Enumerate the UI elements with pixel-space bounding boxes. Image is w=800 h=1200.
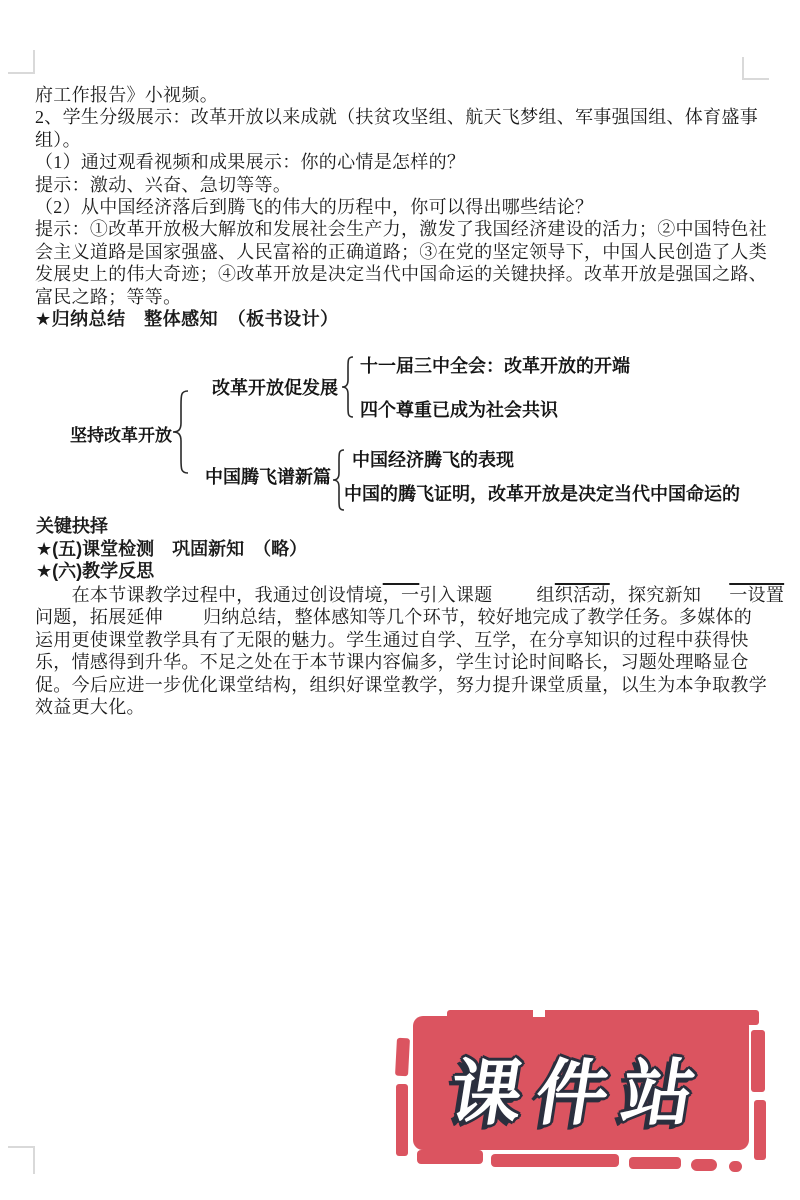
text-line: ★归纳总结 整体感知 （板书设计） — [35, 308, 780, 330]
diagram-root-label: 坚持改革开放 — [70, 426, 172, 446]
stamp-frame-bottom — [491, 1154, 619, 1167]
text-line: 在本节课教学过程中，我通过创设情境，一引入课题组织活动，探究新知一设置 — [35, 584, 780, 606]
curly-brace-branch1 — [341, 356, 355, 418]
document-page: 府工作报告》小视频。2、学生分级展示：改革开放以来成就（扶贫攻坚组、航天飞梦组、… — [0, 0, 800, 1200]
diagram-branch2-item1: 中国经济腾飞的表现 — [352, 450, 514, 470]
text-segment: ，一 — [383, 585, 420, 605]
text-line: 发展史上的伟大奇迹；④改革开放是决定当代中国命运的关键抉择。改革开放是强国之路、 — [35, 263, 780, 285]
text-gap — [163, 621, 203, 623]
text-line: 效益更大化。 — [35, 696, 780, 718]
text-line: 提示：激动、兴奋、急切等等。 — [35, 174, 780, 196]
stamp-frame-bottom — [729, 1161, 742, 1172]
heading-class-check: ★(五)课堂检测 巩固新知 （略） — [36, 539, 307, 559]
text-gap — [493, 599, 537, 601]
text-line: （1）通过观看视频和成果展示：你的心情是怎样的？ — [35, 151, 780, 173]
text-line: 问题，拓展延伸归纳总结，整体感知等几个环节，较好地完成了教学任务。多媒体的 — [35, 606, 780, 628]
text-line: 组）。 — [35, 129, 780, 151]
reflection-paragraph: 在本节课教学过程中，我通过创设情境，一引入课题组织活动，探究新知一设置问题，拓展… — [35, 584, 780, 718]
text-segment: 效益更大化。 — [35, 697, 145, 717]
margin-mark-top-right — [742, 57, 769, 80]
stamp-frame-left — [395, 1038, 410, 1077]
stamp-text: 课件站 — [402, 1016, 759, 1150]
curly-brace-root — [172, 390, 190, 474]
text-segment: ，探究新知 — [610, 585, 702, 605]
margin-mark-top-left — [8, 50, 35, 74]
stamp-frame-bottom — [629, 1157, 681, 1169]
text-line: 促。今后应进一步优化课堂结构，组织好课堂教学，努力提升课堂质量，以生为本争取教学 — [35, 674, 780, 696]
text-line: （2）从中国经济落后到腾飞的伟大的历程中，你可以得出哪些结论？ — [35, 196, 780, 218]
text-line: 运用更使课堂教学具有了无限的魅力。学生通过自学、互学，在分享知识的过程中获得快 — [35, 629, 780, 651]
stamp-frame-bottom — [417, 1150, 483, 1164]
diagram-branch1-item2: 四个尊重已成为社会共识 — [360, 400, 558, 420]
text-gap — [701, 599, 729, 601]
text-segment: 织活动 — [555, 585, 610, 605]
text-line: 提示：①改革开放极大解放和发展社会生产力，激发了我国经济建设的活力；②中国特色社 — [35, 218, 780, 240]
diagram-overflow-text: 关键抉择 — [36, 516, 108, 536]
courseware-stamp: 课件站 — [393, 998, 777, 1178]
margin-mark-bottom-left — [8, 1146, 35, 1174]
diagram-branch1-label: 改革开放促发展 — [212, 378, 338, 398]
diagram-branch2-item2: 中国的腾飞证明，改革开放是决定当代中国命运的 — [344, 484, 740, 504]
stamp-frame-bottom — [691, 1159, 717, 1171]
text-line: 府工作报告》小视频。 — [35, 84, 780, 106]
text-line: 会主义道路是国家强盛、人民富裕的正确道路；③在党的坚定领导下，中国人民创造了人类 — [35, 241, 780, 263]
text-segment: 在本节课教学过程中，我通过创设情境 — [35, 585, 383, 605]
text-segment: 乐，情感得到升华。不足之处在于本节课内容偏多，学生讨论时间略长，习题处理略显仓 — [35, 652, 749, 672]
diagram-branch2-label: 中国腾飞谱新篇 — [205, 467, 331, 487]
text-segment: 一设置 — [729, 585, 784, 605]
text-segment: 促。今后应进一步优化课堂结构，组织好课堂教学，努力提升课堂质量，以生为本争取教学 — [35, 675, 767, 695]
text-line: 富民之路；等等。 — [35, 286, 780, 308]
text-segment: 运用更使课堂教学具有了无限的魅力。学生通过自学、互学，在分享知识的过程中获得快 — [35, 630, 749, 650]
diagram-branch1-item1: 十一届三中全会：改革开放的开端 — [360, 356, 630, 376]
text-segment: 组 — [537, 585, 555, 605]
text-segment: 问题，拓展延伸 — [35, 607, 163, 627]
text-line: 乐，情感得到升华。不足之处在于本节课内容偏多，学生讨论时间略长，习题处理略显仓 — [35, 651, 780, 673]
text-segment: 引入课题 — [419, 585, 492, 605]
body-text-block: 府工作报告》小视频。2、学生分级展示：改革开放以来成就（扶贫攻坚组、航天飞梦组、… — [35, 84, 780, 330]
text-line: 2、学生分级展示：改革开放以来成就（扶贫攻坚组、航天飞梦组、军事强国组、体育盛事 — [35, 106, 780, 128]
heading-teaching-reflection: ★(六)教学反思 — [36, 561, 154, 581]
stamp-frame-right — [754, 1100, 766, 1160]
text-segment: 归纳总结，整体感知等几个环节，较好地完成了教学任务。多媒体的 — [203, 607, 752, 627]
